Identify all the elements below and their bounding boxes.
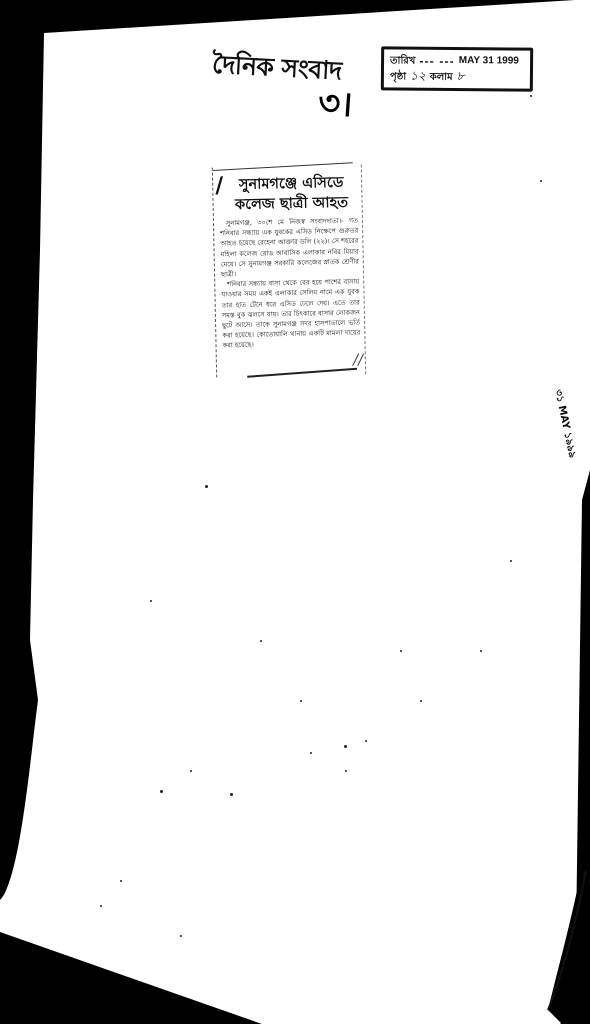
speck <box>365 740 367 742</box>
speck <box>190 770 192 772</box>
speck <box>205 485 208 488</box>
speck <box>344 745 347 748</box>
speck <box>100 905 102 907</box>
handwritten-page-number: ৩। <box>316 77 354 136</box>
speck <box>540 180 542 182</box>
paper-sheet <box>0 0 590 1024</box>
speck <box>120 880 122 882</box>
speck <box>345 770 347 772</box>
speck <box>160 790 163 793</box>
stamp-page-value: ১২ <box>410 68 426 88</box>
stamp-dashes: --- --- <box>419 56 454 67</box>
speck <box>150 600 152 602</box>
stamp-column-value: ৮ <box>457 68 465 88</box>
speck <box>400 650 402 652</box>
stamp-page-label: পৃষ্ঠা <box>390 69 406 86</box>
clipping-headline: সুনামগঞ্জে এসিডে কলেজ ছাত্রী আহত <box>223 173 360 216</box>
headline-line-2: কলেজ ছাত্রী আহত <box>223 193 359 216</box>
speck <box>510 560 512 562</box>
stamp-column-label: কলাম <box>430 69 453 86</box>
article-body: সুনামগঞ্জ, ৩০শে মে নিজস্ব সংবাদদাতা।- গত… <box>220 216 361 352</box>
article-paragraph: শনিবার সন্ধ্যায় বাসা থেকে বের হয়ে পাশে… <box>221 277 360 351</box>
article-paragraph: সুনামগঞ্জ, ৩০শে মে নিজস্ব সংবাদদাতা।- গত… <box>220 216 359 280</box>
speck <box>310 752 312 754</box>
stamp-date-value: MAY 31 1999 <box>459 55 519 67</box>
speck <box>230 793 233 796</box>
speck <box>300 700 302 702</box>
speck <box>180 935 182 937</box>
news-clipping: / সুনামগঞ্জে এসিডে কলেজ ছাত্রী আহত সুনাম… <box>212 164 366 377</box>
pen-tick-icon: // <box>353 349 363 370</box>
stamp-page-row: পৃষ্ঠা ১২ কলাম ৮ <box>390 69 524 86</box>
speck <box>260 640 262 642</box>
speck <box>530 95 532 97</box>
speck <box>480 650 482 652</box>
archive-stamp: তারিখ --- --- MAY 31 1999 পৃষ্ঠা ১২ কলাম… <box>381 46 533 91</box>
speck <box>420 700 422 702</box>
